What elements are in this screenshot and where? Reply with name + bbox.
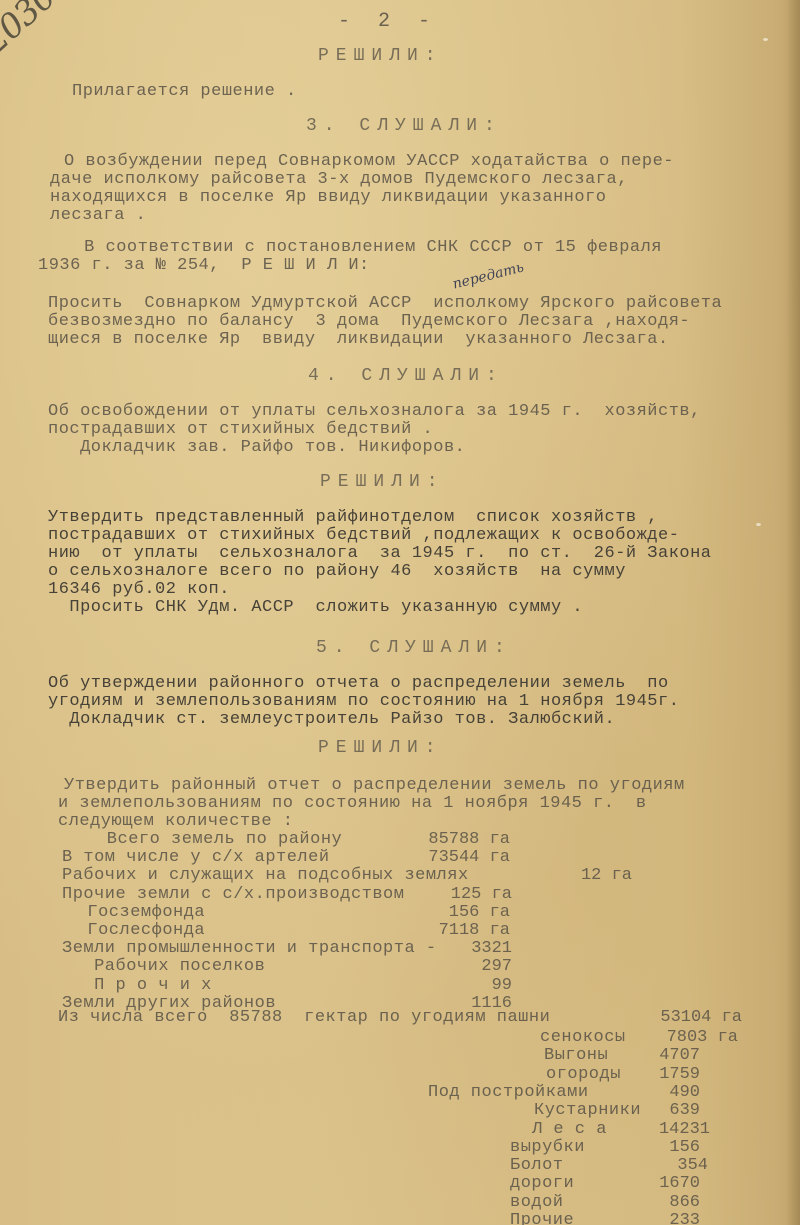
text-line: 1936 г. за № 254, Р Е Ш И Л И:: [38, 256, 370, 276]
land_use-row-value: 1759: [659, 1065, 700, 1085]
page-edge-shadow: [786, 0, 800, 1225]
text-line: угодиям и землепользованиям по состоянию…: [48, 692, 679, 712]
text-line: Прилагается решение .: [72, 82, 297, 102]
heading-slushali-3: 3. СЛУШАЛИ:: [306, 116, 502, 136]
heading-reshili: РЕШИЛИ:: [318, 46, 443, 66]
text-line: нию от уплаты сельхозналога за 1945 г. п…: [48, 544, 712, 564]
land_use-row-value: 639: [669, 1101, 700, 1121]
text-line: находящихся в поселке Яр ввиду ликвидаци…: [50, 188, 607, 208]
land_use-row-value: 4707: [659, 1046, 700, 1066]
heading-slushali-4: 4. СЛУШАЛИ:: [308, 366, 504, 386]
text-line: лесзага .: [50, 206, 146, 226]
handwritten-annotation: передать: [451, 259, 525, 292]
text-line: Просить СНК Удм. АССР сложить указанную …: [48, 598, 583, 618]
land_table-row-value: 99: [492, 976, 512, 996]
text-line: О возбуждении перед Совнаркомом УАССР хо…: [64, 152, 674, 172]
text-line: Докладчик ст. землеустроитель Райзо тов.…: [48, 710, 615, 730]
text-line: Утвердить представленный райфинотделом с…: [48, 508, 658, 528]
land_use-row-value: 354: [677, 1156, 708, 1176]
text-line: безвозмездно по балансу 3 дома Пудемског…: [48, 312, 690, 332]
heading-reshili-5: РЕШИЛИ:: [318, 738, 443, 758]
text-line: о сельхозналоге всего по району 46 хозяй…: [48, 562, 626, 582]
page-number: - 2 -: [338, 10, 438, 33]
land_table-row-label: В том числе у с/х артелей: [62, 848, 330, 868]
land_table-row-value: 297: [481, 957, 512, 977]
document-page: 20306 - 2 - РЕШИЛИ: Прилагается решение …: [0, 0, 800, 1225]
land_use-row-label: Прочие: [510, 1211, 574, 1225]
text-line: щиеся в поселке Яр ввиду ликвидации указ…: [48, 330, 669, 350]
land_use-row-label: Болот: [510, 1156, 564, 1176]
land_use-row-label: Л е с а: [532, 1120, 607, 1140]
land_use-row-label: водой: [510, 1193, 564, 1213]
land_table-row-value: 12 га: [581, 866, 632, 886]
land_use-row-label: огороды: [546, 1065, 621, 1085]
summary-value: 53104 га: [660, 1008, 742, 1028]
land_table-row-label: Прочие земли с с/х.производством: [62, 885, 404, 905]
land_table-row-label: Земли промышленности и транспорта -: [62, 939, 437, 959]
land_use-row-label: сенокосы: [540, 1028, 626, 1048]
land_table-row-value: 7118 га: [439, 921, 510, 941]
paper-blemish: [756, 523, 761, 526]
text-line: Об утверждении районного отчета о распре…: [48, 674, 669, 694]
land_use-row-value: 7803 га: [667, 1028, 738, 1048]
text-line: В соответствии с постановлением СНК СССР…: [52, 238, 662, 258]
text-line: Докладчик зав. Райфо тов. Никифоров.: [48, 438, 465, 458]
land_use-row-label: Кустарники: [534, 1101, 641, 1121]
land_table-row-label: П р о ч и х: [62, 976, 212, 996]
land_table-row-label: Госземфонда: [66, 903, 205, 923]
text-line: Об освобождении от уплаты сельхозналога …: [48, 402, 701, 422]
land_use-row-value: 14231: [659, 1120, 710, 1140]
archive-number-handwritten: 20306: [0, 0, 79, 62]
land_use-row-label: дороги: [510, 1174, 574, 1194]
land_table-row-value: 125 га: [451, 885, 512, 905]
text-line: Просить Совнарком Удмуртской АССР исполк…: [48, 294, 722, 314]
land_use-row-label: вырубки: [510, 1138, 585, 1158]
land_use-row-value: 156: [669, 1138, 700, 1158]
land_use-row-label: Выгоны: [544, 1046, 608, 1066]
text-line: Утвердить районный отчет о распределении…: [64, 776, 685, 796]
land_use-row-value: 866: [669, 1193, 700, 1213]
land_table-row-value: 73544 га: [428, 848, 510, 868]
land_table-row-label: Рабочих и служащих на подсобных землях: [62, 866, 469, 886]
text-line: пострадавших от стихийных бедствий .: [48, 420, 433, 440]
land_table-row-label: Гослесфонда: [66, 921, 205, 941]
land_use-row-value: 1670: [659, 1174, 700, 1194]
land_use-row-value: 233: [669, 1211, 700, 1225]
land_table-row-label: Рабочих поселков: [62, 957, 265, 977]
text-line: и землепользованиям по состоянию на 1 но…: [58, 794, 647, 814]
text-line: даче исполкому райсовета 3-х домов Пудем…: [50, 170, 628, 190]
land_table-row-value: 156 га: [449, 903, 510, 923]
land_use-row-label: Под постройками: [428, 1083, 589, 1103]
heading-reshili-4: РЕШИЛИ:: [320, 472, 445, 492]
text-line: пострадавших от стихийных бедствий ,подл…: [48, 526, 679, 546]
land_table-row-value: 85788 га: [428, 830, 510, 850]
text-line: следующем количестве :: [58, 812, 293, 832]
paper-blemish: [763, 38, 768, 41]
summary-label: Из числа всего 85788 гектар по угодиям п…: [58, 1008, 550, 1028]
land_use-row-value: 490: [669, 1083, 700, 1103]
heading-slushali-5: 5. СЛУШАЛИ:: [316, 638, 512, 658]
text-line: 16346 руб.02 коп.: [48, 580, 230, 600]
land_table-row-label: Всего земель по району: [64, 830, 342, 850]
land_table-row-value: 3321: [471, 939, 512, 959]
